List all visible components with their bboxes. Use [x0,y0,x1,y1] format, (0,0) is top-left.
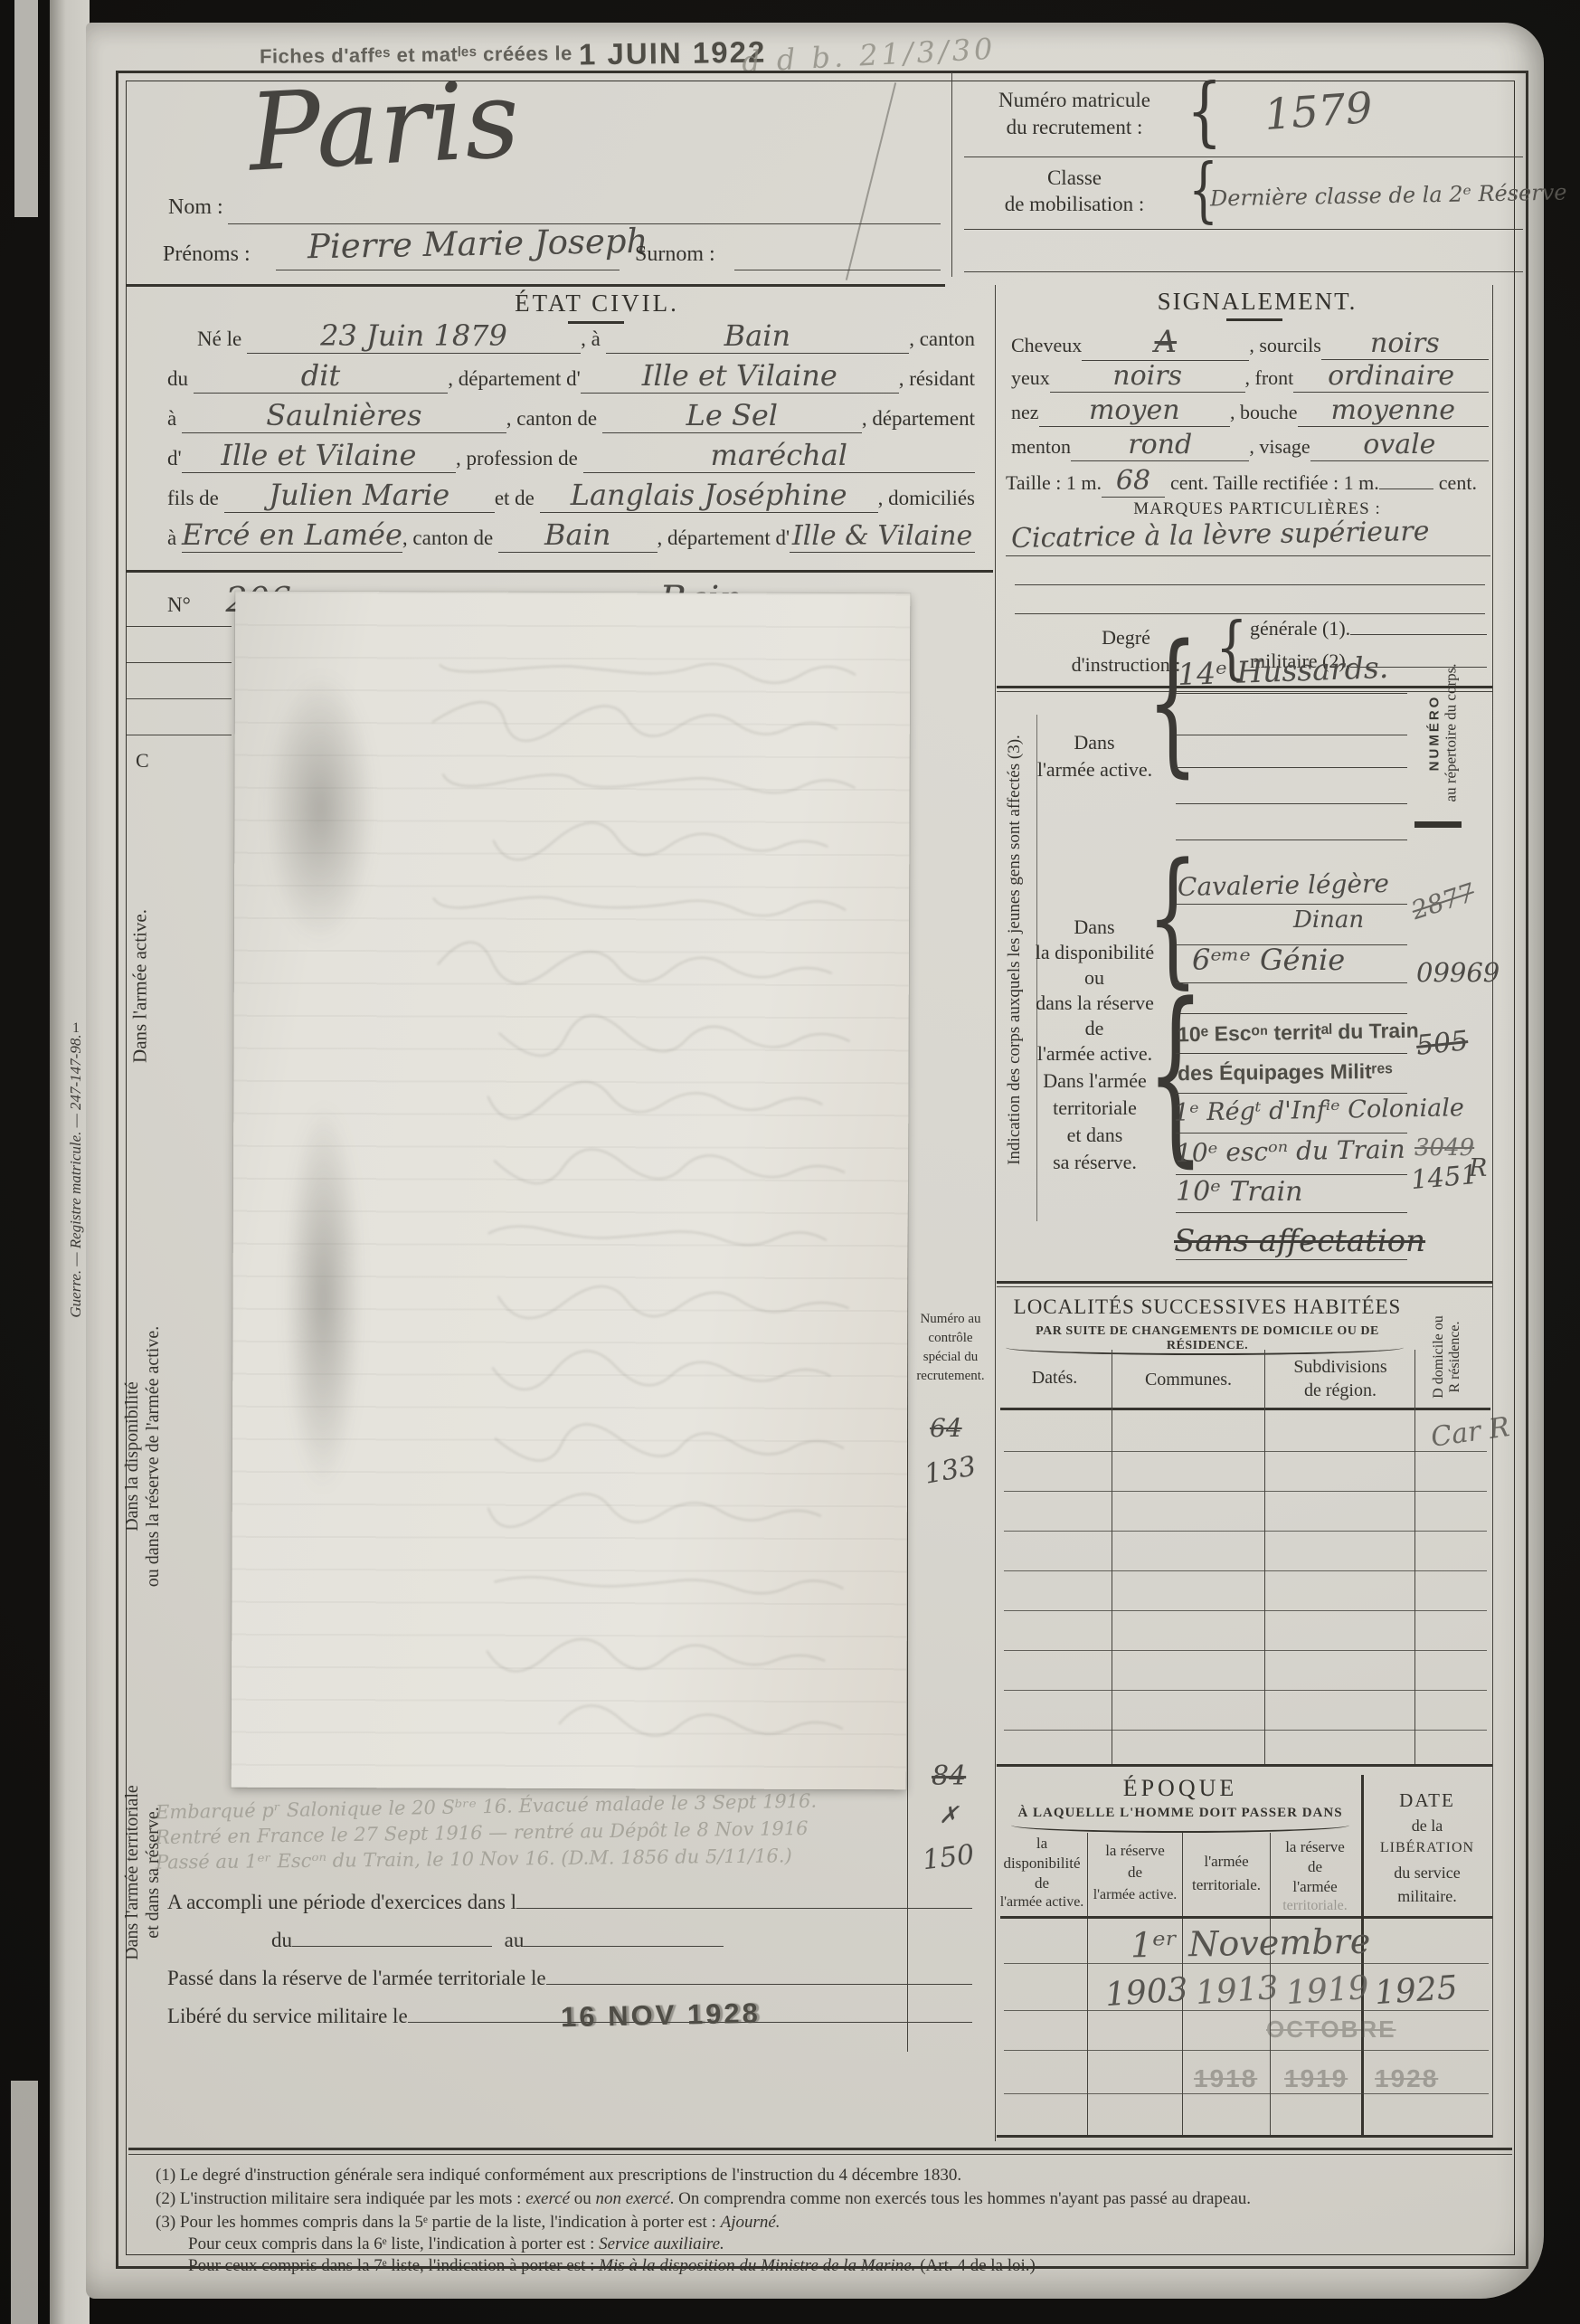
matricule-label-1: Numéro matricule [966,89,1183,112]
epoque-date-l4: du service [1362,1864,1492,1883]
menton-row: menton rond , visage ovale [1011,429,1489,467]
a-label: , à [581,327,605,351]
etat-row-1: Né le 23 Juin 1879 , à Bain , canton [197,318,975,356]
terr-number-r: R [1469,1154,1487,1182]
yeux-value: noirs [1050,360,1245,393]
dispo-line-4 [1176,1013,1407,1014]
du-label: du [167,367,194,391]
departement-naissance-value: Ille et Vilaine [581,358,899,394]
du-blank [292,1946,492,1947]
epoque-date-l5: militaire. [1362,1887,1492,1906]
localites-col-dates: Datés. [998,1368,1111,1389]
creation-stamp-date: 1 JUIN 1922 [579,35,767,72]
tirage-rule [127,570,993,573]
terr-value-3: 10ᵉ escᵒⁿ du Train [1176,1134,1405,1168]
label-disponibilite: Dans la disponibilité ou dans la réserve… [122,1326,164,1587]
sourcils-label: , sourcils [1249,334,1320,357]
marques-blank-2 [1015,613,1485,614]
controle-64: 64 [930,1413,962,1443]
footnote-2-non-exerce: non exercé [596,2189,670,2208]
epoque-ghost-year-2: 1919 [1284,2064,1348,2093]
footnote-2-suffix: . On comprendra comme non exercés tous l… [670,2189,1251,2208]
localites-dr-line2: R résidence. [1447,1315,1463,1399]
epoque-row-2 [1004,2010,1489,2011]
epoque-col3-l2: territoriale. [1181,1876,1272,1894]
yeux-label: yeux [1011,366,1050,390]
epoque-col4-l4: territoriale. [1268,1898,1362,1914]
active-line-2 [1176,735,1407,735]
domicile-parents-value: Ercé en Lamée [182,517,402,553]
epoque-col2-l1: la réserve [1089,1842,1181,1860]
corps-top-rule-2 [997,691,1492,692]
localites-header-rule [1000,1408,1490,1410]
spine-page-number: 1 [72,1020,80,1037]
dispo-value-1: Cavalerie légère [1178,868,1389,902]
terr-line-5 [1176,1212,1407,1213]
exercices-label: A accompli une période d'exercices dans … [167,1891,516,1914]
pere-value: Julien Marie [224,478,495,513]
numero-repertoire-bar [1414,821,1462,828]
etat-civil-title: ÉTAT CIVIL. [398,289,796,318]
nez-value: moyen [1039,394,1230,427]
epoque-year-1: 1903 [1104,1971,1189,2014]
epoque-col1-l2: disponibilité [998,1854,1085,1873]
dispo-value-3: 6ᵉᵐᵉ Génie [1192,943,1345,977]
terr-value-4: 10ᵉ Train [1176,1176,1302,1208]
terr-number-505: 505 [1414,1025,1470,1062]
classe-line [964,229,1523,230]
controle-150: 150 [921,1839,976,1877]
dispo-value-2: Dinan [1293,906,1364,934]
nom-value: Paris [246,56,523,194]
localites-col-subdiv-1: Subdivisions [1266,1357,1414,1378]
lieu-naissance-value: Bain [606,318,910,354]
degre-generale-label: générale (1). [1250,617,1350,640]
d-apostrophe-label: d' [167,447,182,470]
localites-top-rule [997,1281,1492,1284]
nom-label: Nom : [168,195,223,220]
footnotes-top-rule-2 [128,2154,1512,2155]
footnote-3: (3) Pour les hommes compris dans la 5ᵉ p… [156,2213,1503,2233]
epoque-col4-l1: la réserve [1270,1838,1360,1856]
front-label: , front [1245,366,1294,390]
armee-active-value: 14ᵉ Hussards. [1177,650,1388,692]
inserted-sheet-overlay [232,592,911,1790]
terr-line-6 [1176,1259,1407,1260]
footnote-2-ou: ou [570,2189,596,2208]
epoque-ghost-year-3: 1928 [1375,2064,1438,2093]
profession-de-label: , profession de [456,447,583,470]
controle-x-mark: ✗ [939,1802,959,1829]
localites-top-rule-2 [997,1286,1492,1287]
prenoms-value: Pierre Marie Joseph [307,222,648,267]
footnote-2-exerce: exercé [525,2189,570,2208]
epoque-col1-l3: de [998,1874,1085,1892]
taille-label: Taille : 1 m. [1006,471,1102,495]
epoque-col2-l3: l'armée active. [1087,1887,1183,1903]
epoque-col4-l2: de [1270,1858,1360,1876]
epoque-col4-l3: l'armée [1270,1878,1360,1896]
stub-line-3 [127,698,232,699]
armee-active-brace: { [1147,612,1198,793]
epoque-row-4 [1004,2093,1489,2094]
departement-d2-label: , département d' [658,526,790,550]
tirage-no-label: N° [167,593,191,617]
etat-row-6: à Ercé en Lamée , canton de Bain , dépar… [167,517,975,555]
passe-reserve-row: Passé dans la réserve de l'armée territo… [167,1967,972,2005]
active-line-4 [1176,803,1407,804]
label-territoriale-line1: Dans l'armée territoriale [122,1785,143,1960]
au-blank [524,1946,724,1947]
matricule-label-2: du recrutement : [966,116,1183,139]
ne-le-label: Né le [197,327,247,351]
epoque-ghost-month: OCTOBRE [1266,2016,1396,2044]
matricule-brace: { [1187,66,1222,156]
prenoms-line [276,270,620,270]
label-disponibilite-line1: Dans la disponibilité [122,1326,143,1587]
epoque-year-4: 1925 [1374,1969,1459,2012]
canton-parents-value: Bain [498,517,658,553]
prenoms-label: Prénoms : [163,242,251,267]
footnote-4-prefix: Pour ceux compris dans la 6ᵉ liste, l'in… [188,2234,599,2253]
footnote-1: (1) Le degré d'instruction générale sera… [156,2166,1503,2186]
numero-repertoire-label: NUMÉRO au répertoire du corps. [1427,664,1461,802]
epoque-bottom-rule [997,2135,1492,2138]
visage-value: ovale [1310,429,1489,461]
au-label: au [492,1929,525,1952]
localites-dr-line1: D domicile ou [1431,1315,1447,1399]
fils-de-label: fils de [167,487,224,510]
terr-line-4 [1176,1174,1407,1175]
domicilies-label: , domiciliés [878,487,975,510]
footnote-4: Pour ceux compris dans la 6ᵉ liste, l'in… [188,2234,1503,2254]
cheveux-label: Cheveux [1011,334,1082,357]
numero-repertoire-line2: au répertoire du corps. [1443,664,1461,802]
visage-label: , visage [1249,435,1310,459]
exercices-blank [516,1908,972,1909]
et-de-label: et de [495,487,540,510]
spine-imprint: Guerre. — Registre matricule. — 247-147-… [67,1034,85,1317]
marques-line [1006,555,1490,556]
exercices-row: A accompli une période d'exercices dans … [167,1891,972,1929]
du-au-row: du au [271,1929,724,1967]
etat-row-3: à Saulnières , canton de Le Sel , départ… [167,398,975,436]
canton-naissance-value: dit [194,358,449,394]
terr-value-2: 1ᵉ Régᵗ d'Infⁱᵉ Coloniale [1174,1094,1464,1127]
dispo-label-1: Dans [1040,915,1149,939]
etat-row-5: fils de Julien Marie et de Langlais José… [167,478,975,516]
epoque-col1-l1: la [998,1835,1085,1853]
dispo-number: 09969 [1416,957,1500,988]
departement-parents-value: Ille & Vilaine [790,520,975,553]
footnote-5-prefix: Pour ceux compris dans la 7ᵉ liste, l'in… [188,2256,599,2275]
epoque-row-1 [1004,1963,1489,1964]
passe-reserve-blank [546,1984,972,1985]
loc-divider-2 [1264,1350,1265,1764]
mere-value: Langlais Joséphine [540,478,878,513]
footnote-2: (2) L'instruction militaire sera indiqué… [156,2189,1503,2209]
localites-col-communes: Communes. [1112,1370,1264,1390]
a2-label: à [167,407,182,431]
terr-stamp-line2: des Équipages Militʳᵉˢ [1178,1059,1393,1086]
taille-end-label: cent. [1433,471,1477,495]
signalement-underline [1226,318,1282,321]
departement-d-label: , département d' [448,367,581,391]
dispo-label-5: de [1040,1017,1149,1040]
bouche-value: moyenne [1298,394,1489,427]
terr-line-3 [1176,1133,1407,1134]
canton-residence-value: Le Sel [602,398,862,433]
active-line-5 [1176,839,1407,840]
header-rule [127,284,945,287]
epoque-row-3 [1004,2050,1489,2051]
taille-rectifiee-blank [1379,489,1433,489]
menton-label: menton [1011,435,1071,459]
scanned-register-page: Fiches d'affᵉˢ et matˡᵉˢ créées le 1 JUI… [0,0,1580,2324]
etat-row-2: du dit , département d' Ille et Vilaine … [167,358,975,396]
canton-de-label: , canton de [506,407,602,431]
epoque-month-value: 1ᵉʳ Novembre [1131,1921,1371,1966]
footnote-5-suffix: (Art. 4 de la loi.) [915,2256,1035,2275]
dispo-label-3: ou [1040,966,1149,990]
liberation-date-stamp: 16 NOV 1928 [561,1997,762,2035]
armee-active-label-1: Dans [1040,731,1149,754]
dispo-line-3 [1176,982,1407,983]
active-line-3 [1176,767,1407,768]
residant-label: , résidant [899,367,975,391]
epoque-date-l2: de la [1362,1817,1492,1835]
header-divider [951,72,952,277]
signalement-title: SIGNALEMENT. [1040,288,1474,316]
numero-repertoire-line1: NUMÉRO [1427,664,1443,802]
terr-line-2 [1176,1093,1407,1094]
page-edge-sliver-bottom [11,2081,38,2324]
epoque-year-2: 1913 [1195,1969,1280,2012]
active-line-1 [1176,693,1407,694]
epoque-subtitle: À LAQUELLE L'HOMME DOIT PASSER DANS [1004,1806,1357,1821]
epoque-title: ÉPOQUE [1004,1775,1357,1802]
main-divider [995,285,996,2141]
passe-reserve-label: Passé dans la réserve de l'armée territo… [167,1967,546,1990]
libere-label: Libéré du service militaire le [167,2005,408,2028]
hidden-header-fragment: C [136,749,149,773]
controle-84: 84 [932,1760,966,1792]
footnote-3-prefix: (3) Pour les hommes compris dans la 5ᵉ p… [156,2213,721,2232]
canton-de2-label: , canton de [402,526,498,550]
canton-label: , canton [909,327,975,351]
epoque-header-rule [1000,1916,1492,1919]
departement-label: , département [862,407,975,431]
cheveux-value: A [1082,324,1249,361]
footnote-5-marine: Mis à la disposition du Ministre de la M… [599,2256,915,2275]
menton-value: rond [1071,429,1249,461]
tables-right-border [1492,285,1493,2138]
taille-row: Taille : 1 m. 68 cent. Taille rectifiée … [1006,465,1494,503]
footnote-4-service: Service auxiliaire. [599,2234,724,2253]
epoque-date-l1: DATE [1362,1789,1492,1812]
a3-label: à [167,526,182,550]
epoque-col2-l2: de [1089,1864,1181,1882]
etat-row-4: d' Ille et Vilaine , profession de maréc… [167,438,975,476]
front-value: ordinaire [1293,360,1489,393]
nez-label: nez [1011,401,1039,424]
epoque-divider-1 [1087,1833,1088,2135]
yeux-row: yeux noirs , front ordinaire [1011,360,1489,398]
loc-divider-3 [1414,1350,1415,1764]
matricule-line [964,157,1523,157]
localites-col-subdiv-2: de région. [1266,1380,1414,1401]
stub-line-1 [127,626,232,627]
terr-line-1 [1176,1053,1407,1054]
terr-value-5: Sans affectation [1174,1223,1425,1259]
residence-value: Saulnières [182,398,506,433]
classe-label-1: Classe [966,166,1183,190]
localites-title: LOCALITÉS SUCCESSIVES HABITÉES [1004,1295,1411,1319]
terr-number-struck: 3049 [1414,1134,1474,1162]
epoque-col1-l4: l'armée active. [995,1894,1089,1911]
page-edge-sliver [14,0,38,217]
matricule-value: 1579 [1263,83,1374,140]
degre-generale-blank [1350,634,1487,635]
terr-stamp-line1: 10ᵉ Escᵒⁿ territᵃˡ du Train [1178,1019,1419,1048]
sourcils-value: noirs [1321,327,1489,360]
stub-line-4 [127,735,232,735]
surnom-label: Surnom : [635,242,715,267]
footnote-3-ajourne: Ajourné. [721,2213,781,2232]
surnom-line [734,270,941,270]
classe-label-2: de mobilisation : [966,193,1183,216]
epoque-col3-l1: l'armée [1183,1853,1270,1871]
date-naissance-value: 23 Juin 1879 [247,318,581,354]
bouche-label: , bouche [1230,401,1298,424]
footnote-2-prefix: (2) L'instruction militaire sera indiqué… [156,2189,525,2208]
footnotes-top-rule [128,2148,1512,2150]
localites-dr-label: D domicile ou R résidence. [1431,1315,1463,1399]
marques-blank-1 [1015,584,1485,585]
overlay-bleedthrough-writing [232,592,911,1790]
controle-label: Numéro au contrôle spécial du recrutemen… [911,1310,990,1386]
footnote-5: Pour ceux compris dans la 7ᵉ liste, l'in… [188,2256,1503,2276]
cheveux-row: Cheveux A , sourcils noirs [1011,324,1489,362]
dispo-line-1 [1176,904,1407,905]
loc-divider-1 [1112,1350,1112,1764]
epoque-ghost-year-1: 1918 [1194,2064,1257,2093]
taille-mid-label: cent. Taille rectifiée : 1 m. [1165,471,1379,495]
epoque-year-3: 1919 [1285,1969,1370,2012]
profession-value: maréchal [583,438,975,473]
departement-residence-value: Ille et Vilaine [182,438,456,473]
localites-bottom-rule [997,1764,1492,1767]
taille-value: 68 [1102,465,1165,498]
label-disponibilite-line2: ou dans la réserve de l'armée active. [143,1326,164,1587]
stub-line-2 [127,662,232,663]
epoque-date-l3: LIBÉRATION [1362,1840,1492,1856]
du-label: du [271,1929,292,1952]
label-armee-active: Dans l'armée active. [129,909,152,1063]
nez-row: nez moyen , bouche moyenne [1011,394,1489,432]
header-right-line [964,271,1523,272]
